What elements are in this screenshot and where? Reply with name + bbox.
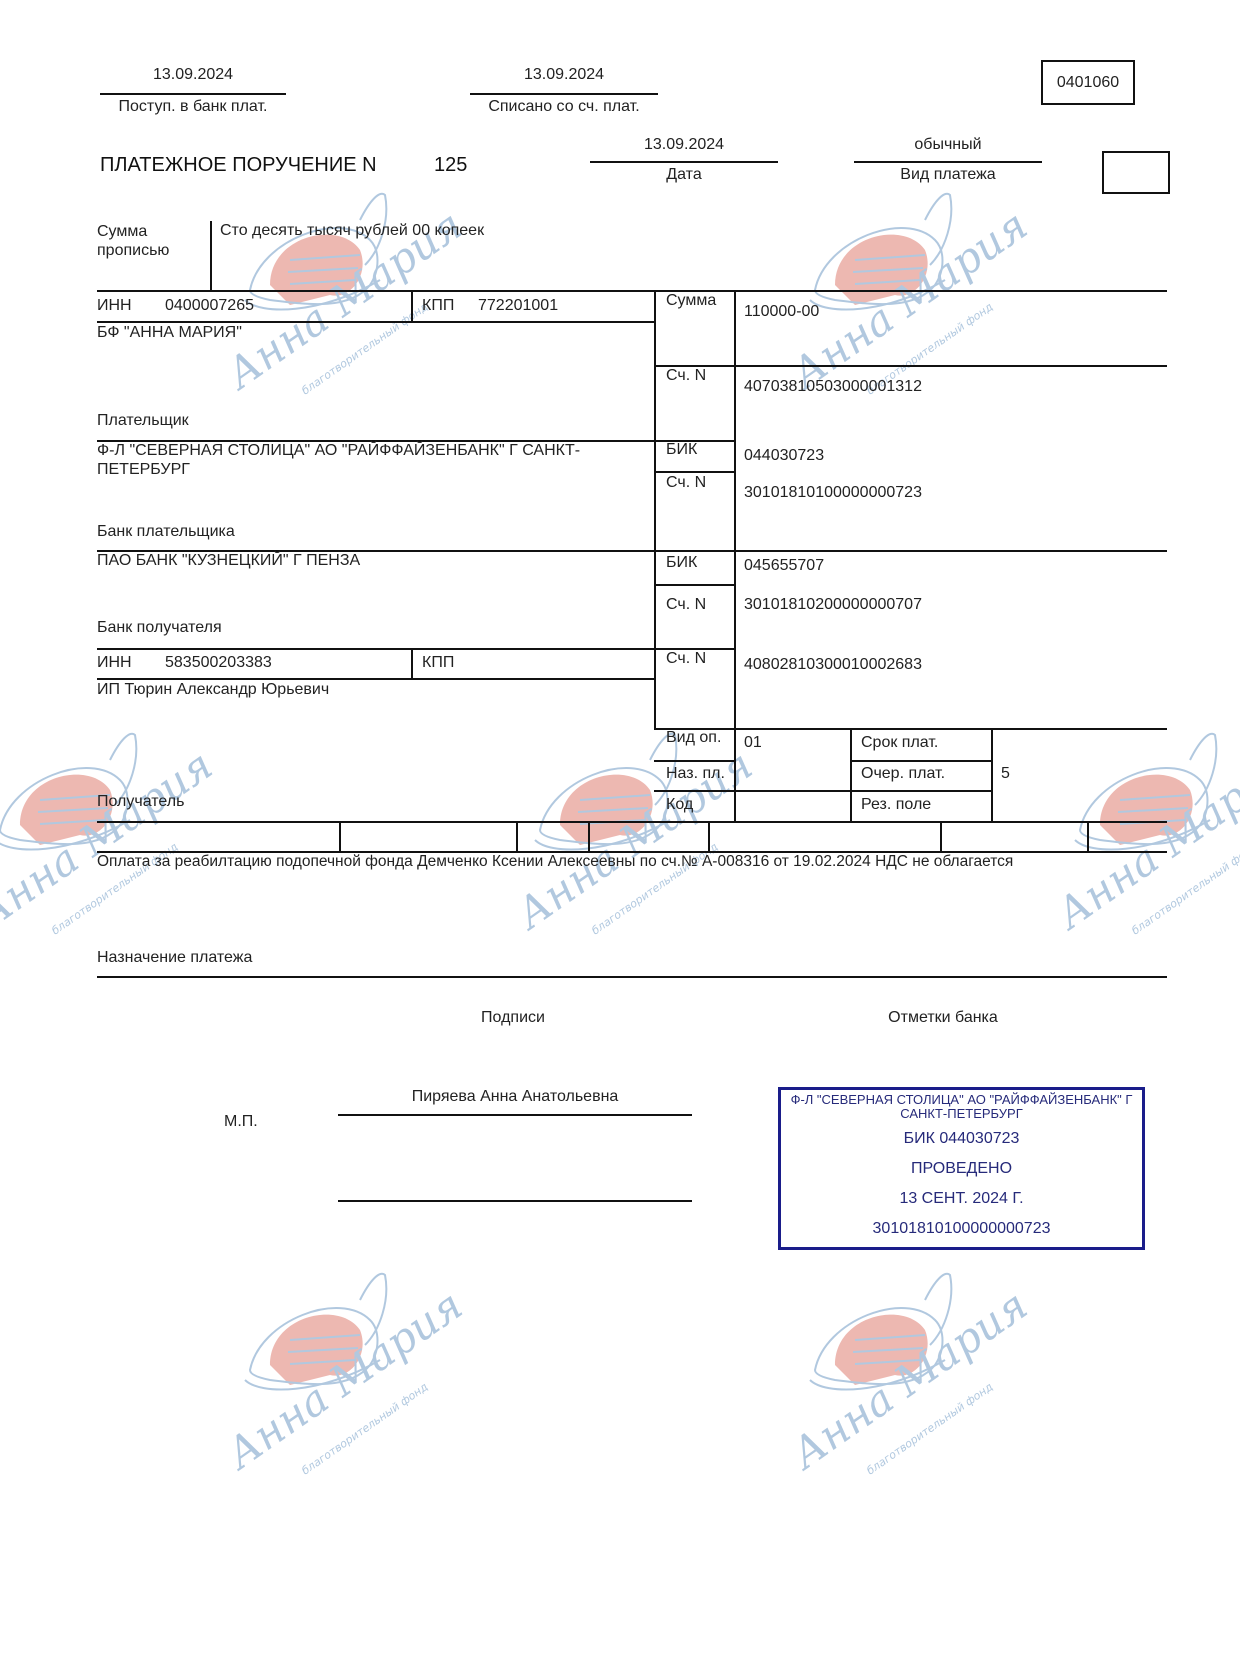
payee-account: 40802810300010002683 bbox=[744, 656, 922, 674]
svg-text:благотворительный фонд: благотворительный фонд bbox=[299, 1380, 430, 1477]
divider bbox=[97, 321, 654, 323]
divider bbox=[210, 221, 212, 291]
divider bbox=[991, 728, 993, 822]
payer-name: БФ "АННА МАРИЯ" bbox=[97, 324, 242, 342]
stamp-bik: БИК 044030723 bbox=[781, 1130, 1142, 1148]
term-label: Срок плат. bbox=[861, 734, 938, 752]
bank-stamp: Ф-Л "СЕВЕРНАЯ СТОЛИЦА" АО "РАЙФФАЙЗЕНБАН… bbox=[778, 1087, 1145, 1250]
payer-bank-label: Банк плательщика bbox=[97, 523, 235, 541]
watermark-logo-icon: Анна Марияблаготворительный фонд bbox=[0, 720, 240, 960]
payee-kpp-label: КПП bbox=[422, 654, 454, 672]
payee-label: Получатель bbox=[97, 793, 184, 811]
order-number: 125 bbox=[434, 154, 467, 177]
svg-text:Анна Мария: Анна Мария bbox=[795, 200, 1036, 400]
payee-bank-account: 30101810200000000707 bbox=[744, 596, 922, 614]
divider bbox=[516, 821, 518, 851]
signatures-label: Подписи bbox=[413, 1009, 613, 1027]
divider bbox=[654, 290, 656, 730]
payee-name: ИП Тюрин Александр Юрьевич bbox=[97, 681, 329, 699]
divider bbox=[654, 365, 1167, 367]
divider bbox=[339, 821, 341, 851]
stamp-bank-name: Ф-Л "СЕВЕРНАЯ СТОЛИЦА" АО "РАЙФФАЙЗЕНБАН… bbox=[781, 1093, 1142, 1121]
order-date-label: Дата bbox=[590, 166, 778, 184]
divider bbox=[97, 821, 1167, 823]
payer-kpp-label: КПП bbox=[422, 297, 454, 315]
divider bbox=[97, 648, 734, 650]
watermark-logo-icon: Анна Марияблаготворительный фонд bbox=[795, 1260, 1055, 1500]
payee-bank-account-label: Сч. N bbox=[666, 596, 706, 614]
bank-marks-label: Отметки банка bbox=[843, 1009, 1043, 1027]
divider bbox=[470, 93, 658, 95]
form-code: 0401060 bbox=[1043, 74, 1133, 92]
payer-kpp: 772201001 bbox=[478, 297, 558, 315]
stamp-place: М.П. bbox=[224, 1113, 258, 1131]
form-code-box: 0401060 bbox=[1041, 60, 1135, 105]
payer-account: 40703810503000001312 bbox=[744, 378, 922, 396]
divider bbox=[590, 161, 778, 163]
payment-type: обычный bbox=[854, 136, 1042, 154]
divider bbox=[97, 678, 654, 680]
svg-text:Анна Мария: Анна Мария bbox=[230, 1280, 471, 1480]
payee-bank-bik-label: БИК bbox=[666, 554, 697, 572]
divider bbox=[654, 790, 991, 792]
payer-bank-account: 30101810100000000723 bbox=[744, 484, 922, 502]
watermark-logo-icon: Анна Марияблаготворительный фонд bbox=[520, 720, 780, 960]
payer-account-label: Сч. N bbox=[666, 367, 706, 385]
payee-bank-bik: 045655707 bbox=[744, 557, 824, 575]
signature-line bbox=[338, 1114, 692, 1116]
divider bbox=[854, 161, 1042, 163]
svg-text:Анна Мария: Анна Мария bbox=[520, 740, 761, 940]
payee-bank-label: Банк получателя bbox=[97, 619, 222, 637]
payee-inn: 583500203383 bbox=[165, 654, 272, 672]
divider bbox=[654, 760, 734, 762]
order-date: 13.09.2024 bbox=[590, 136, 778, 154]
amount-words-label: Суммапрописью bbox=[97, 222, 169, 260]
purpose-text: Оплата за реабилтацию подопечной фонда Д… bbox=[97, 853, 1013, 871]
op-type-label: Вид оп. bbox=[666, 729, 721, 747]
op-type: 01 bbox=[744, 734, 762, 752]
amount-words: Сто десять тысяч рублей 00 копеек bbox=[220, 222, 484, 240]
debited-date: 13.09.2024 bbox=[470, 66, 658, 84]
divider bbox=[654, 728, 1167, 730]
divider bbox=[654, 471, 734, 473]
page-title: ПЛАТЕЖНОЕ ПОРУЧЕНИЕ N bbox=[100, 154, 377, 177]
divider bbox=[588, 821, 590, 851]
signer-name: Пиряева Анна Анатольевна bbox=[338, 1088, 692, 1106]
stamp-status: ПРОВЕДЕНО bbox=[781, 1160, 1142, 1178]
divider bbox=[97, 290, 1167, 292]
divider bbox=[850, 760, 991, 762]
payer-label: Плательщик bbox=[97, 412, 189, 430]
payer-inn: 0400007265 bbox=[165, 297, 254, 315]
payer-bank-name: Ф-Л "СЕВЕРНАЯ СТОЛИЦА" АО "РАЙФФАЙЗЕНБАН… bbox=[97, 441, 580, 479]
priority: 5 bbox=[1001, 765, 1010, 783]
payer-inn-label: ИНН bbox=[97, 297, 132, 315]
payer-bank-bik-label: БИК bbox=[666, 441, 697, 459]
payment-type-label: Вид платежа bbox=[854, 166, 1042, 184]
divider bbox=[97, 976, 1167, 978]
divider bbox=[411, 648, 413, 678]
divider bbox=[940, 821, 942, 851]
code-label: Код bbox=[666, 796, 693, 814]
payer-amount-label: Сумма bbox=[666, 292, 716, 310]
received-date: 13.09.2024 bbox=[100, 66, 286, 84]
svg-text:Анна Мария: Анна Мария bbox=[0, 740, 221, 940]
stamp-account: 30101810100000000723 bbox=[781, 1220, 1142, 1238]
payee-bank-name: ПАО БАНК "КУЗНЕЦКИЙ" Г ПЕНЗА bbox=[97, 552, 360, 570]
divider bbox=[734, 290, 736, 822]
svg-text:благотворительный фонд: благотворительный фонд bbox=[864, 1380, 995, 1477]
payer-bank-bik: 044030723 bbox=[744, 447, 824, 465]
divider bbox=[411, 290, 413, 321]
stamp-date: 13 СЕНТ. 2024 Г. bbox=[781, 1190, 1142, 1208]
divider bbox=[1087, 821, 1089, 851]
payer-amount: 110000-00 bbox=[744, 303, 819, 321]
divider bbox=[708, 821, 710, 851]
divider bbox=[100, 93, 286, 95]
reserve-label: Рез. поле bbox=[861, 796, 931, 814]
divider bbox=[654, 584, 734, 586]
empty-code-box bbox=[1102, 151, 1170, 194]
payee-inn-label: ИНН bbox=[97, 654, 132, 672]
debited-label: Списано со сч. плат. bbox=[470, 98, 658, 116]
priority-label: Очер. плат. bbox=[861, 765, 945, 783]
purpose-code-label: Наз. пл. bbox=[666, 765, 725, 783]
svg-text:Анна Мария: Анна Мария bbox=[795, 1280, 1036, 1480]
purpose-label: Назначение платежа bbox=[97, 949, 252, 967]
watermark-logo-icon: Анна Марияблаготворительный фонд bbox=[230, 1260, 490, 1500]
divider bbox=[850, 728, 852, 822]
payee-account-label: Сч. N bbox=[666, 650, 706, 668]
signature-line bbox=[338, 1200, 692, 1202]
received-label: Поступ. в банк плат. bbox=[100, 98, 286, 116]
payer-bank-account-label: Сч. N bbox=[666, 474, 706, 492]
svg-text:благотворительный фонд: благотворительный фонд bbox=[1129, 840, 1240, 937]
